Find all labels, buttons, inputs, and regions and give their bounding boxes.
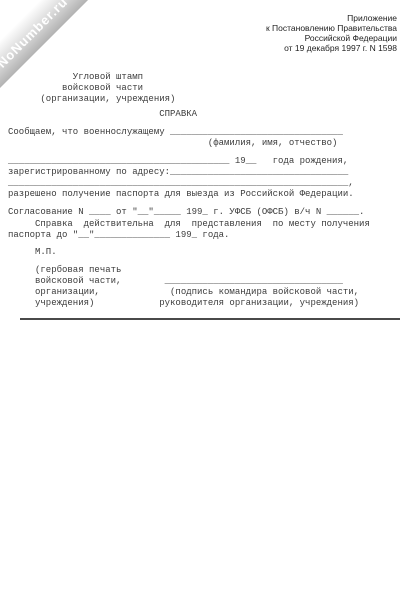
document-body: Угловой штамп войсковой части (организац… <box>8 72 370 309</box>
appendix-annotation: Приложение к Постановлению Правительства… <box>266 13 397 53</box>
document-title: СПРАВКА <box>8 109 370 120</box>
line-seal-mark: М.П. <box>8 247 370 258</box>
document-page: NoNumber.ru Приложение к Постановлению П… <box>0 0 420 600</box>
annotation-line-2: к Постановлению Правительства <box>266 23 397 33</box>
corner-stamp-note-line-3: (организации, учреждения) <box>8 94 370 105</box>
annotation-line-3: Российской Федерации <box>266 33 397 43</box>
line-seal-caption-4-signature-caption-2: учреждения) руководителя организации, уч… <box>8 298 370 309</box>
line-seal-caption-1: (гербовая печать <box>8 265 370 276</box>
annotation-line-1: Приложение <box>266 13 397 23</box>
line-name-caption: (фамилия, имя, отчество) <box>8 138 370 149</box>
annotation-line-4: от 19 декабря 1997 г. N 1598 <box>266 43 397 53</box>
line-address-continuation: ________________________________________… <box>8 178 370 189</box>
line-seal-caption-3-signature-caption-1: организации, (подпись командира войсково… <box>8 287 370 298</box>
line-servicemember-name: Сообщаем, что военнослужащему __________… <box>8 127 370 138</box>
corner-stamp-note-line-2: войсковой части <box>8 83 370 94</box>
line-validity-1: Справка действительна для представления … <box>8 219 370 230</box>
corner-stamp-note-line-1: Угловой штамп <box>8 72 370 83</box>
watermark-text: NoNumber.ru <box>0 0 70 70</box>
line-birth-year: ________________________________________… <box>8 156 370 167</box>
line-approval-number: Согласование N ____ от "__"_____ 199_ г.… <box>8 207 370 218</box>
line-registered-address: зарегистрированному по адресу:__________… <box>8 167 370 178</box>
line-passport-permission: разрешено получение паспорта для выезда … <box>8 189 370 200</box>
line-validity-2: паспорта до "__"______________ 199_ года… <box>8 230 370 241</box>
line-seal-caption-2-signature-line: войсковой части, _______________________… <box>8 276 370 287</box>
bottom-divider <box>20 318 400 320</box>
